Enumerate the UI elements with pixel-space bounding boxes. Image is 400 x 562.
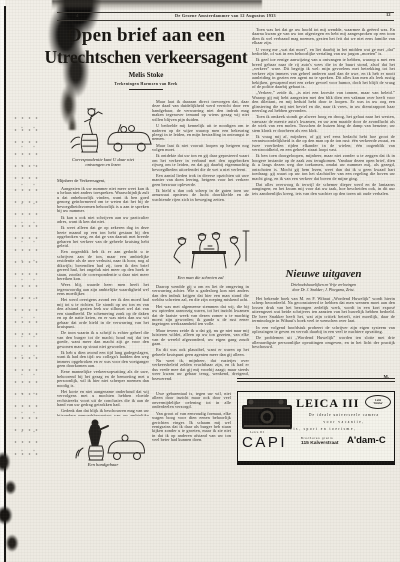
paragraph: Ik geef toe eenige aanwijzing van u ontv… [252, 58, 395, 89]
article-headline: Open brief aan een Utrechtschen verkeers… [36, 26, 256, 90]
review-text: Het bekende boek van M. en F. Wibaut „Wo… [252, 297, 395, 373]
caption-correspondentie: Correspondentie kunt U daar niet ontvang… [57, 157, 149, 168]
review-byline: Driehoekshuwelijken en Vrije verlovingen… [252, 283, 395, 293]
paragraph: Nu weet ik, mijnheer, dat ruzietjes over… [152, 359, 249, 381]
dealer-address: 115 Kalverstraat [301, 441, 339, 446]
paragraph: U vroeg me „wat dat moet”, en liet daarb… [252, 48, 395, 57]
paragraph: Een oogenblik heb ik er aan gedacht u te… [57, 250, 149, 281]
paragraph: In een volgend hoofdstuk probeert de sch… [252, 326, 395, 335]
section-heading-nieuwe-uitgaven: Nieuwe uitgaven [252, 268, 395, 280]
paragraph: Het werd overigens avond eer ik den moed… [57, 298, 149, 329]
caption-handgebaar: Een handgebaar [57, 462, 149, 467]
paragraph: Ik hield u dan ook scherp in de gaten to… [152, 189, 249, 202]
product-name: LEICA III [296, 396, 359, 411]
illustration-handgebaar [65, 418, 145, 468]
paragraph: Maar laat ik niet vooruit loopen op hetg… [152, 144, 249, 153]
paragraph: Het bekende boek van M. en F. Wibaut „Wo… [252, 297, 395, 324]
paragraph: Eene mannelijke verkeersopvatting als de… [57, 370, 149, 388]
ad-separator-rule2 [237, 381, 395, 382]
column-2: Maar laat ik daaraan direct toevoegen da… [152, 100, 249, 465]
leica-advertisement: Leica III LEICA III Leitz Wetzlar De ide… [237, 391, 395, 465]
headline-line2: Utrechtschen verkeersagent [36, 49, 256, 67]
paragraph: Maar tevens zeide ik u dat gij, nu ge ni… [152, 329, 249, 347]
ad-tagline-1: De ideale universeele camera [296, 413, 392, 417]
column-2-text-top: Maar laat ik daaraan direct toevoegen da… [152, 100, 249, 226]
paragraph: Toen was het dat ge uw hoofd tot mij wen… [252, 28, 395, 46]
bottom-blotch-artifact [0, 448, 24, 562]
illustration-schreien [164, 227, 252, 278]
paragraph: Het was met algemeene stemmen dat wij, d… [152, 305, 249, 327]
ad-note: Brochures gratis [301, 437, 333, 440]
paragraph: Ik ben toen doorgeloopen, mijnheer, maar… [252, 154, 395, 181]
column-2-text-narrow: Uwe gebarentaal is, tegen uw wil, niet a… [152, 392, 231, 462]
review-publisher: door Dr. J. Snakker; J. Ploegsma, Zeist. [292, 288, 354, 292]
paragraph: Van groot of van eenvoudig formaat, elke… [152, 412, 231, 443]
top-smudge-artifact [52, 0, 262, 10]
paragraph: Uwe gebarentaal is, tegen uw wil, niet a… [152, 392, 231, 410]
paragraph: Ik heb u dien avond een tijd lang gadege… [57, 351, 149, 369]
illustrator-credit: Teekeningen Harmsen van Beek [36, 82, 256, 86]
paragraph: Dat alles overwoog ik terwijl de schemer… [252, 183, 395, 196]
ad-tagline-2: voor vacantie, [296, 420, 392, 424]
paragraph: Ik ontdekte dat uw ton en gij daar gepos… [152, 154, 249, 172]
caption-schreien: Een man die schreien zal [152, 275, 249, 280]
headline-line1: Open brief aan een [36, 26, 256, 45]
caption-line: Correspondentie kunt U daar niet [72, 157, 134, 162]
review-title: Driehoekshuwelijken en Vrije verlovingen [291, 283, 356, 287]
ad-tagline-3: reis, sport en toerisme, [266, 427, 378, 431]
paragraph: Ik vraag mij af, mijnheer, of gij wel ee… [252, 135, 395, 153]
paragraph: U bedoelde mij kennelijk uit te noodigen… [152, 124, 249, 142]
column-2-text-mid: Daarop wendde gij u om en liet de omgevi… [152, 285, 249, 391]
logo-text: Wetzlar [373, 401, 382, 405]
paragraph: Gedenk dan dat blijk ik beschouwen mag v… [57, 409, 149, 416]
illustration-policeman-on-barrel [67, 102, 155, 160]
leitz-logo: Leitz Wetzlar [365, 395, 391, 409]
masthead-title: De Groene Amsterdammer van 12 Augustus 1… [57, 13, 394, 18]
paragraph: „Verkeer,” zeide ik, „is niet een kwesti… [252, 91, 395, 113]
column-1: Correspondentie kunt U daar niet ontvang… [57, 100, 149, 470]
paragraph: Wees blij, waarde heer: men heeft het te… [57, 283, 149, 296]
header-rule-bottom [57, 20, 394, 21]
paragraph: Aangezien ik uw nummer niet meer weet ka… [57, 187, 149, 214]
paragraph: Ik kan u ook niet schrijven aan uw parti… [57, 216, 149, 225]
headline-divider [129, 89, 163, 90]
caption-line: ontvangen en lezen [85, 162, 120, 167]
paragraph: Toen ik omkeek stondt ge alweer hoog en … [252, 115, 395, 133]
author-name: Melis Stoke [36, 71, 256, 79]
dealer-city: A'dam-C [347, 435, 386, 446]
speckle-artifacts [12, 112, 42, 464]
ad-separator-rule [237, 378, 395, 379]
paragraph: Maar laat ik daaraan direct toevoegen da… [152, 100, 249, 122]
paragraph: De problemen uit „Wordend Huwelijk” word… [252, 336, 395, 349]
paragraph: Een aantal lieden trok in diverse opzich… [152, 174, 249, 187]
column-3-text: Toen was het dat ge uw hoofd tot mij wen… [252, 28, 395, 264]
paragraph: Het korte en niet aangename onderhoud da… [57, 390, 149, 408]
dealer-name: CAPI [242, 434, 287, 451]
page-number-right: 12 [386, 12, 391, 17]
paragraph: Ik weet alleen dat ge op zekeren dag in … [57, 226, 149, 248]
paragraph: Daarop wendde gij u om en liet de omgevi… [152, 285, 249, 303]
newspaper-page: 4 De Groene Amsterdammer van 12 Augustus… [0, 0, 400, 562]
column-1-text: Aangezien ik uw nummer niet meer weet ka… [57, 187, 149, 416]
paragraph: De toon waarin ik u schrijf is echter ge… [57, 331, 149, 349]
salutation: Mijnheer de Verkeersagent, [57, 178, 105, 183]
paragraph: En dit was ook plausibel, want er waren … [152, 348, 249, 357]
